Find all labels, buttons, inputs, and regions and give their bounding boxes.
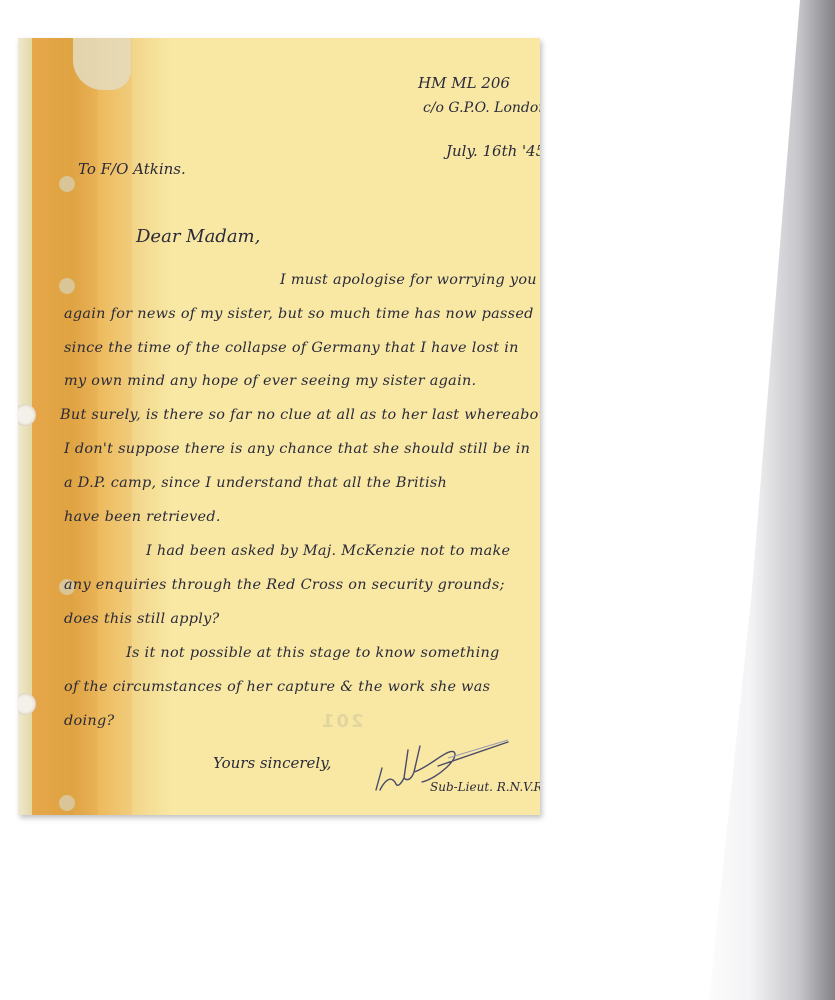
binding-spot bbox=[59, 176, 75, 192]
closing: Yours sincerely, bbox=[213, 754, 331, 772]
body-line: But surely, is there so far no clue at a… bbox=[60, 407, 540, 423]
body-line: have been retrieved. bbox=[64, 509, 221, 525]
letter-date: July. 16th '45 bbox=[446, 142, 540, 160]
page-curl-shadow bbox=[695, 0, 835, 1000]
body-line: I must apologise for worrying you bbox=[280, 272, 537, 288]
salutation: Dear Madam, bbox=[136, 226, 260, 247]
signature-rank: Sub-Lieut. R.N.V.R. bbox=[430, 780, 540, 794]
binding-stain bbox=[98, 38, 132, 815]
body-line: of the circumstances of her capture & th… bbox=[64, 679, 490, 695]
sender-address-line2: c/o G.P.O. London bbox=[423, 100, 540, 116]
binding-spot bbox=[59, 795, 75, 811]
body-line: again for news of my sister, but so much… bbox=[64, 306, 534, 322]
letter-sheet: 201 HM ML 206 c/o G.P.O. London July. 16… bbox=[18, 38, 540, 815]
ghost-stamp: 201 bbox=[320, 711, 364, 732]
stain-fade bbox=[132, 38, 172, 815]
body-line: Is it not possible at this stage to know… bbox=[126, 645, 500, 661]
body-line: doing? bbox=[64, 713, 114, 729]
body-line: does this still apply? bbox=[64, 611, 220, 627]
body-line: any enquiries through the Red Cross on s… bbox=[64, 577, 505, 593]
binding-spot bbox=[59, 278, 75, 294]
sender-address-line1: HM ML 206 bbox=[418, 74, 510, 92]
body-line: my own mind any hope of ever seeing my s… bbox=[64, 373, 476, 389]
body-line: I don't suppose there is any chance that… bbox=[64, 441, 530, 457]
body-line: I had been asked by Maj. McKenzie not to… bbox=[146, 543, 510, 559]
body-line: since the time of the collapse of German… bbox=[64, 340, 519, 356]
binding-strip bbox=[32, 38, 98, 815]
body-line: a D.P. camp, since I understand that all… bbox=[64, 475, 447, 491]
recipient-line: To F/O Atkins. bbox=[78, 160, 186, 178]
